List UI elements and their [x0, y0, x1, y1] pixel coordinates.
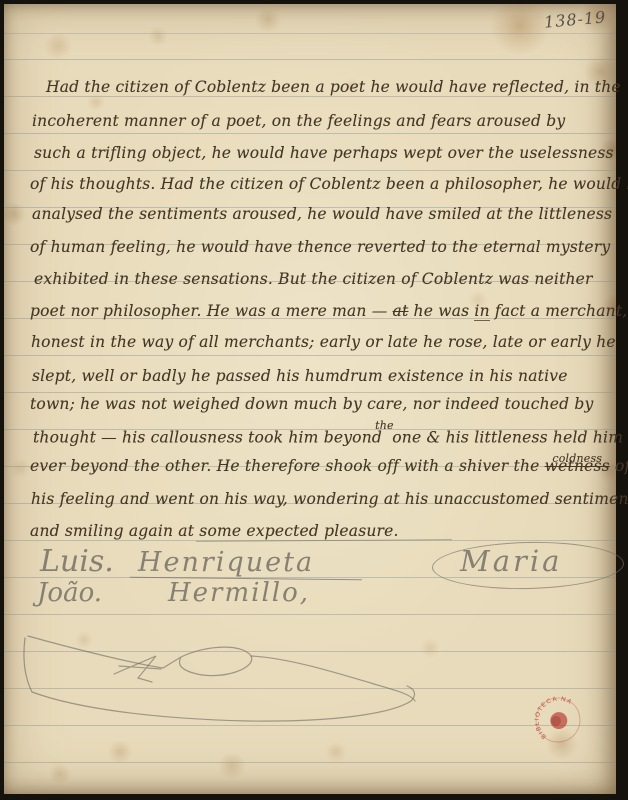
manuscript-line-with-correction: ever beyond the other. He therefore shoo…	[30, 457, 628, 475]
manuscript-line: Had the citizen of Coblentz been a poet …	[46, 78, 621, 96]
photographed-manuscript: 138-19 Had the citizen of Coblentz been …	[0, 0, 628, 800]
doodle-stroke	[28, 636, 252, 676]
pencil-underline	[130, 551, 362, 580]
pencil-name: Hermillo,	[168, 578, 310, 608]
manuscript-line: exhibited in these sensations. But the c…	[34, 270, 593, 288]
line-text: one & his littleness held him	[387, 429, 623, 447]
page-number: 138-19	[543, 7, 607, 31]
line-text: his feeling and went on his way, wonderi…	[31, 490, 628, 508]
line-text: analysed the sentiments aroused, he woul…	[32, 205, 612, 223]
pencil-doodle	[18, 622, 468, 747]
correction-stack: coldnesswetness	[545, 457, 610, 475]
underlined-word: in	[474, 302, 489, 321]
manuscript-line: of his thoughts. Had the citizen of Cobl…	[30, 175, 628, 193]
manuscript-page: 138-19 Had the citizen of Coblentz been …	[4, 4, 616, 794]
inserted-word: coldness	[545, 452, 610, 465]
manuscript-line: town; he was not weighed down much by ca…	[30, 395, 594, 413]
struck-word: at	[393, 302, 409, 320]
manuscript-line-with-corrections: poet nor philosopher. He was a mere man …	[30, 302, 627, 320]
line-text: thought — his callousness took him beyon…	[33, 429, 387, 447]
line-text: of	[610, 457, 628, 475]
manuscript-line: analysed the sentiments aroused, he woul…	[32, 205, 612, 223]
line-text: slept, well or badly he passed his humdr…	[32, 367, 568, 385]
line-text: incoherent manner of a poet, on the feel…	[32, 112, 565, 130]
doodle-stroke	[251, 656, 415, 701]
pencil-name: Luis.	[40, 544, 114, 579]
line-text: such a trifling object, he would have pe…	[34, 144, 614, 162]
line-text: town; he was not weighed down much by ca…	[30, 395, 594, 413]
manuscript-line: his feeling and went on his way, wonderi…	[31, 490, 628, 508]
line-text: fact a merchant,	[490, 302, 628, 320]
manuscript-line: honest in the way of all merchants; earl…	[31, 333, 616, 351]
line-text: he was	[408, 302, 474, 320]
line-text: poet nor philosopher. He was a mere man …	[30, 302, 393, 320]
line-text: exhibited in these sensations. But the c…	[34, 270, 593, 288]
line-text: of human feeling, he would have thence r…	[30, 238, 610, 256]
manuscript-line: slept, well or badly he passed his humdr…	[32, 367, 568, 385]
inserted-word: the	[375, 419, 394, 432]
manuscript-line-with-insertion: thought — his callousness took him beyon…	[33, 427, 623, 447]
ruled-line-top	[4, 33, 616, 34]
line-text: honest in the way of all merchants; earl…	[31, 333, 616, 351]
manuscript-line: such a trifling object, he would have pe…	[34, 144, 614, 162]
manuscript-line: of human feeling, he would have thence r…	[30, 238, 610, 256]
pencil-name: João.	[37, 578, 102, 608]
line-text: Had the citizen of Coblentz been a poet …	[46, 78, 621, 96]
manuscript-line: incoherent manner of a poet, on the feel…	[32, 112, 565, 130]
line-text: of his thoughts. Had the citizen of Cobl…	[30, 175, 628, 193]
line-text: ever beyond the other. He therefore shoo…	[30, 457, 545, 475]
